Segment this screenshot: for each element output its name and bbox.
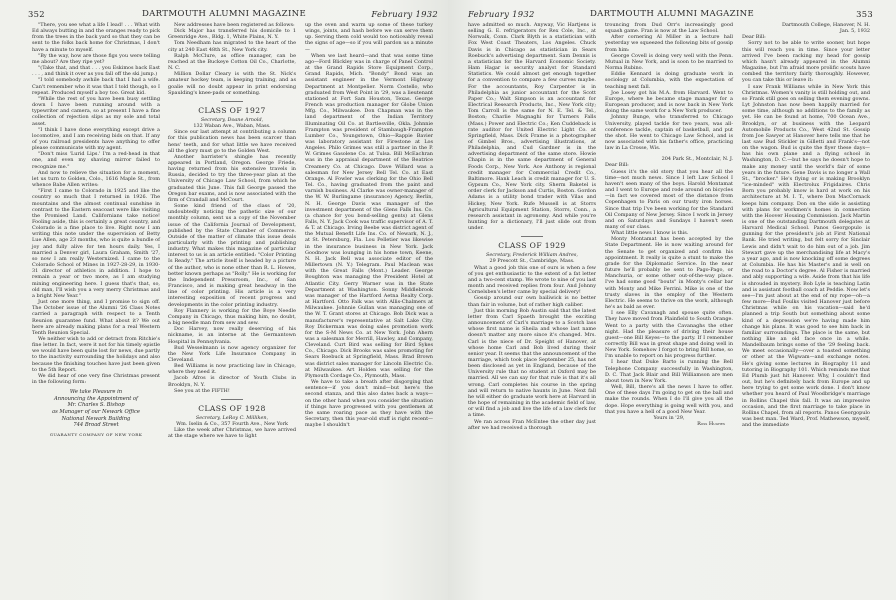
paragraph: Johnny Bunge, who transferred to Chicago… [605, 114, 733, 151]
section-divider [521, 236, 543, 237]
paragraph: "While the rest of you have been busy se… [32, 96, 160, 127]
paragraph: Eddie Kennard is doing graduate work in … [605, 71, 733, 89]
paragraph: "I think I have done everything except d… [32, 127, 160, 152]
paragraph: Bud Wesselmann is now agency organizer f… [168, 345, 296, 363]
running-head-left: 352 DARTMOUTH ALUMNI MAGAZINE February 1… [0, 9, 448, 21]
paragraph: See you at the FIFTH! [168, 388, 296, 394]
section-divider [221, 399, 243, 400]
paragraph: I see Elly Cavanagh and spouse quite oft… [605, 310, 733, 359]
paragraph: Guess it's the old story that you hear a… [605, 169, 733, 231]
paragraph: "By the way, how are those figs you were… [32, 53, 160, 65]
paragraph: I saw Frank Williams while in New York t… [742, 84, 870, 429]
announcement-line: 744 Broad Street [32, 422, 160, 429]
announcement-company: GUARANTY COMPANY OF NEW YORK [32, 432, 160, 439]
column-1: "There, you see what a life I lead! . . … [32, 22, 160, 438]
left-page: 352 DARTMOUTH ALUMNI MAGAZINE February 1… [0, 0, 448, 600]
right-page: February 1932 DARTMOUTH ALUMNI MAGAZINE … [448, 0, 896, 600]
paragraph: When we last heard—and that was some tim… [305, 53, 433, 379]
page-number: 353 [856, 9, 873, 19]
paragraph: We did hear of one very fine Christmas p… [32, 373, 160, 385]
announcement-line: as Manager of our Newark Office [32, 409, 160, 416]
paragraph: Million Dollar Cleary is with the St. Ni… [168, 71, 296, 96]
announcement-ad: We take Pleasure inAnnouncing the Appoin… [32, 389, 160, 438]
column-2: trouncing from Dud Orr's increasingly go… [605, 22, 733, 427]
running-head-right: February 1932 DARTMOUTH ALUMNI MAGAZINE … [448, 9, 896, 21]
paragraph: Just one more thing, and I promise to si… [32, 299, 160, 336]
paragraph: Jacob Afros is director of Youth Clubs i… [168, 375, 296, 387]
paragraph: We have to take a breath after disgorgin… [305, 379, 433, 428]
paragraph: I hear that Duke Barto is running the Be… [605, 359, 733, 384]
announcement-line: We take Pleasure in [32, 389, 160, 396]
paragraph: After cornering Al Miller in a lecture h… [605, 34, 733, 52]
paragraph: "(Take that, and that . . . you Eskimos … [32, 65, 160, 77]
paragraph: up the oven and warm up some of these tu… [305, 22, 433, 53]
paragraph: Doc Harvey, now really deserving of his … [168, 326, 296, 344]
class-heading-1929: CLASS OF 1929 [468, 241, 596, 250]
column-3: Dartmouth College, Hanover, N. H. Jan. 5… [742, 22, 870, 428]
paragraph: Some kind friend of the class of '20, un… [168, 203, 296, 308]
paragraph: Tom Needham has migrated to the heart of… [168, 40, 296, 52]
paragraph: have admitted so much. Anyway, Vic Hartj… [468, 22, 596, 231]
section-divider [221, 101, 243, 102]
paragraph: Well, Bill, there's all the news I have … [605, 384, 733, 415]
announcement-line: Announcing the Appointment of [32, 396, 160, 403]
paragraph: Joe Losey got his M.A. from Harvard. Wen… [605, 90, 733, 115]
paragraph: Just this morning Bob Austin said that t… [468, 308, 596, 419]
paragraph: Monty Montamat has been accepted by the … [605, 236, 733, 310]
paragraph: "I told somebody awhile back that I had … [32, 77, 160, 95]
column-3: up the oven and warm up some of these tu… [305, 22, 433, 428]
paragraph: Gossip around our own bailiwick is no be… [468, 295, 596, 307]
paragraph: "There, you see what a life I lead! . . … [32, 22, 160, 53]
paragraph: trouncing from Dud Orr's increasingly go… [605, 22, 733, 34]
paragraph: We neither wish to add or detract from R… [32, 336, 160, 373]
paragraph: Roy Flannery is working for the Boye Nee… [168, 308, 296, 326]
paragraph: Sorry not to be able to write sooner, bu… [742, 40, 870, 83]
paragraph: George Covell is doing very well with th… [605, 53, 733, 71]
paragraph: Ralph McClure, as office manager, can be… [168, 53, 296, 71]
magazine-title: DARTMOUTH ALUMNI MAGAZINE [448, 9, 896, 19]
paragraph: Another barrister's shingle has recently… [168, 154, 296, 203]
paragraph: Like the week after Christmas, we have a… [168, 427, 296, 439]
class-heading-1928: CLASS OF 1928 [168, 404, 296, 413]
letter-signature: Ross Hughes [605, 421, 733, 427]
paragraph: "Don't miss 'Lurid Lips.' I'm a red-head… [32, 151, 160, 169]
column-1: have admitted so much. Anyway, Vic Hartj… [468, 22, 596, 431]
issue-date: February 1932 [371, 9, 438, 19]
announcement-line: National Newark Building [32, 416, 160, 423]
paragraph: We ran across Fran McEntee the other day… [468, 419, 596, 431]
announcement-line: Mr. Charles S. Bishop [32, 402, 160, 409]
magazine-spread: 352 DARTMOUTH ALUMNI MAGAZINE February 1… [0, 0, 896, 600]
paragraph: And now to relieve the situation for a m… [32, 170, 160, 188]
paragraph: Bed Williams is now practicing law in Ch… [168, 363, 296, 375]
paragraph: What a good job this one of ours is when… [468, 265, 596, 296]
column-2: New addresses have been registered as fo… [168, 22, 296, 440]
paragraph: Since our last attempt at contributing a… [168, 129, 296, 154]
paragraph: "First I came to Colorado in 1925 and li… [32, 188, 160, 299]
class-heading-1927: CLASS OF 1927 [168, 106, 296, 115]
paragraph: Dick Major has transferred his domicile … [168, 28, 296, 40]
